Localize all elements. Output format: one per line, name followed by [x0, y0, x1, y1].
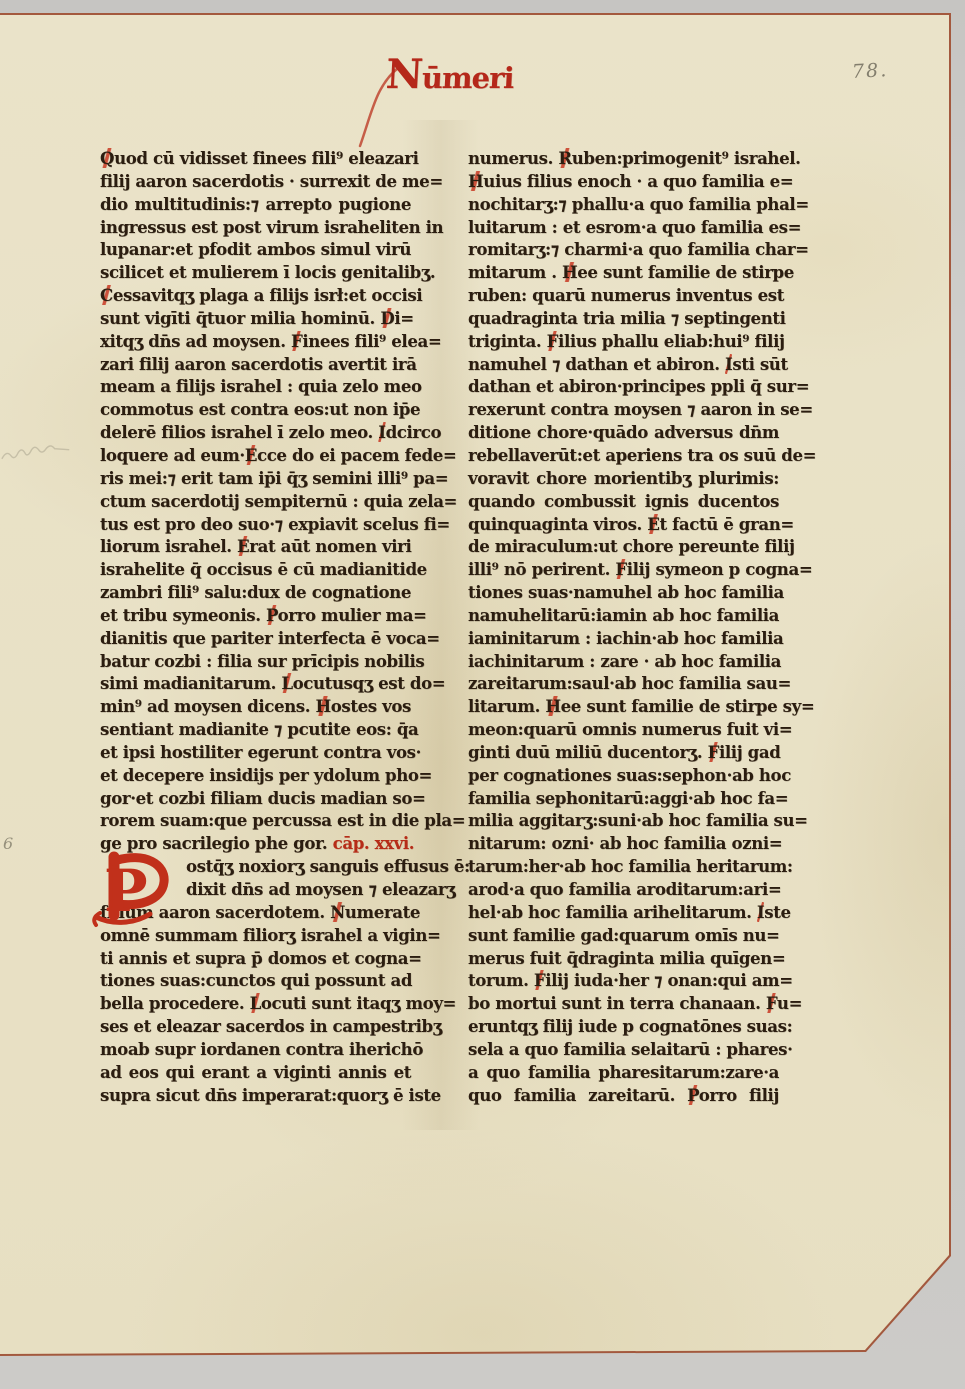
text-line: namuhel ⁊ dathan et abiron. Isti sūt [468, 353, 779, 376]
text-line: illi⁹ nō perirent. Filij symeon p cogna= [468, 558, 779, 581]
text-line: Huius filius enoch · a quo familia e= [468, 170, 779, 193]
text-line: simi madianitarum. Locutusqʒ est do= [100, 672, 411, 695]
text-line: dixit dn̄s ad moysen ⁊ eleazarʒ [100, 878, 411, 901]
text-line: arod·a quo familia aroditarum:ari= [468, 878, 779, 901]
rubricated-capital: E [237, 536, 249, 556]
rubricated-capital: F [547, 331, 558, 351]
text-line: quinquaginta viros. Et factū ē gran= [468, 513, 779, 536]
margin-pencil-number: 6 [3, 834, 13, 853]
text-line: filij aaron sacerdotis · surrexit de me= [100, 170, 411, 193]
vellum-page: Nūmeri 78. 6 P Quod cū vidisset finees f… [0, 0, 965, 1389]
chapter-rubric: cāp. xxvi. [333, 833, 415, 853]
text-line: supra sicut dn̄s imperarat:quorʒ ē iste [100, 1084, 411, 1107]
text-line: iaminitarum : iachin·ab hoc familia [468, 627, 779, 650]
text-line: commotus est contra eos:ut non ip̄e [100, 398, 411, 421]
text-line: tiones suas·namuhel ab hoc familia [468, 581, 779, 604]
text-line: Quod cū vidisset finees fili⁹ eleazari [100, 147, 411, 170]
rubricated-capital: L [281, 673, 292, 693]
text-line: et tribu symeonis. Porro mulier ma= [100, 604, 411, 627]
text-line: luitarum : et esrom·a quo familia es= [468, 216, 779, 239]
rubricated-capital: P [266, 605, 278, 625]
rubricated-capital: F [615, 559, 626, 579]
text-line: ginti duū miliū ducentorʒ. Filij gad [468, 741, 779, 764]
text-line: sentiant madianite ⁊ pcutite eos: q̄a [100, 718, 411, 741]
rubricated-capital: H [562, 262, 577, 282]
text-line: ruben: quarū numerus inventus est [468, 284, 779, 307]
text-line: mitarum . Hee sunt familie de stirpe [468, 261, 779, 284]
text-line: rebellaverūt:et aperiens tra os suū de= [468, 444, 779, 467]
text-line: tus est pro deo suo·⁊ expiavit scelus fi… [100, 513, 411, 536]
rubricated-capital: R [558, 148, 571, 168]
text-line: scilicet et mulierem ī locis genitalibʒ. [100, 261, 411, 284]
rubricated-capital: F [534, 970, 545, 990]
rubricated-capital: P [687, 1085, 699, 1105]
text-line: tarum:her·ab hoc familia heritarum: [468, 855, 779, 878]
text-line: ad eos qui erant a viginti annis et [100, 1061, 411, 1084]
rubricated-capital: E [245, 445, 257, 465]
text-line: zambri fili⁹ salu:dux de cognatione [100, 581, 411, 604]
text-line: min⁹ ad moysen dicens. Hostes vos [100, 695, 411, 718]
text-line: meon:quarū omnis numerus fuit vi= [468, 718, 779, 741]
text-line: liorum israhel. Erat aūt nomen viri [100, 535, 411, 558]
rubricated-capital: H [315, 696, 330, 716]
text-line: quo familia zareitarū. Porro filij [468, 1084, 779, 1107]
text-line: sunt vigīti q̄tuor milia hominū. Di= [100, 307, 411, 330]
manuscript-scan: { "page": { "header": { "title": "Nūmeri… [0, 0, 965, 1389]
rubricated-capital: I [757, 902, 764, 922]
text-line: israhelite q̄ occisus ē cū madianitide [100, 558, 411, 581]
text-line: de miraculum:ut chore pereunte filij [468, 535, 779, 558]
rubricated-capital: F [708, 742, 719, 762]
margin-pencil-scribble [0, 438, 73, 473]
rubricated-capital: E [647, 514, 659, 534]
text-line: triginta. Filius phallu eliab:hui⁹ filij [468, 330, 779, 353]
text-line: zari filij aaron sacerdotis avertit irā [100, 353, 411, 376]
rubricated-capital: I [378, 422, 385, 442]
text-line: nochitarʒ:⁊ phallu·a quo familia phal= [468, 193, 779, 216]
text-line: quando combussit ignis ducentos [468, 490, 779, 513]
text-line: hel·ab hoc familia arihelitarum. Iste [468, 901, 779, 924]
text-line: eruntqʒ filij iude p cognatōnes suas: [468, 1015, 779, 1038]
text-line: ingressus est post virum israheliten in [100, 216, 411, 239]
text-line: per cognationes suas:sephon·ab hoc [468, 764, 779, 787]
text-line: quadraginta tria milia ⁊ septingenti [468, 307, 779, 330]
text-line: voravit chore morientibʒ plurimis: [468, 467, 779, 490]
text-line: moab supr iordanen contra iherichō [100, 1038, 411, 1061]
text-line: filium aaron sacerdotem. Numerate [100, 901, 411, 924]
text-line: meam a filijs israhel : quia zelo meo [100, 375, 411, 398]
rubricated-capital: D [380, 308, 394, 328]
text-line: numerus. Ruben:primogenit⁹ israhel. [468, 147, 779, 170]
text-line: ses et eleazar sacerdos in campestribʒ [100, 1015, 411, 1038]
text-line: romitarʒ:⁊ charmi·a quo familia char= [468, 238, 779, 261]
text-line: a quo familia pharesitarum:zare·a [468, 1061, 779, 1084]
text-line: ris mei:⁊ erit tam ip̄i q̄ʒ semini illi⁹… [100, 467, 411, 490]
text-line: rorem suam:que percussa est in die pla= [100, 809, 411, 832]
folio-number: 78. [851, 59, 888, 83]
text-column-right: numerus. Ruben:primogenit⁹ israhel.Huius… [468, 147, 779, 1106]
text-line: bo mortui sunt in terra chanaan. Fu= [468, 992, 779, 1015]
text-line: merus fuit q̄draginta milia quīgen= [468, 947, 779, 970]
text-line: dianitis que pariter interfecta ē voca= [100, 627, 411, 650]
text-line: dathan et abiron·principes ppli q̄ sur= [468, 375, 779, 398]
text-line: ostq̄ʒ noxiorʒ sanguis effusus ē: [100, 855, 411, 878]
text-line: iachinitarum : zare · ab hoc familia [468, 650, 779, 673]
rubricated-capital: H [468, 171, 483, 191]
rubricated-capital: C [100, 285, 113, 305]
rubricated-capital: Q [100, 148, 114, 168]
rubricated-capital: L [250, 993, 261, 1013]
text-line: familia sephonitarū:aggi·ab hoc fa= [468, 787, 779, 810]
rubricated-capital: F [291, 331, 302, 351]
text-line: bella procedere. Locuti sunt itaqʒ moy= [100, 992, 411, 1015]
rubricated-capital: H [545, 696, 560, 716]
text-line: et ipsi hostiliter egerunt contra vos· [100, 741, 411, 764]
text-line: ge pro sacrilegio phe gor. cāp. xxvi. [100, 832, 411, 855]
rubricated-capital: I [725, 354, 732, 374]
text-column-left: P Quod cū vidisset finees fili⁹ eleazari… [100, 147, 411, 1106]
text-line: dio multitudinis:⁊ arrepto pugione [100, 193, 411, 216]
text-line: rexerunt contra moysen ⁊ aaron in se= [468, 398, 779, 421]
text-line: nitarum: ozni· ab hoc familia ozni= [468, 832, 779, 855]
text-line: omnē summam filiorʒ israhel a vigin= [100, 924, 411, 947]
text-line: ditione chore·quādo adversus dn̄m [468, 421, 779, 444]
text-line: litarum. Hee sunt familie de stirpe sy= [468, 695, 779, 718]
text-line: et decepere insidijs per ydolum pho= [100, 764, 411, 787]
text-line: namuhelitarū:iamin ab hoc familia [468, 604, 779, 627]
text-line: ctum sacerdotij sempiternū : quia zela= [100, 490, 411, 513]
running-header-book-title: Nūmeri [385, 50, 515, 98]
text-line: loquere ad eum·Ecce do ei pacem fede= [100, 444, 411, 467]
text-line: Cessavitqʒ plaga a filijs isrł:et occisi [100, 284, 411, 307]
rubricated-capital: F [766, 993, 777, 1013]
text-line: ti annis et supra p̄ domos et cogna= [100, 947, 411, 970]
text-line: delerē filios israhel ī zelo meo. Idcirc… [100, 421, 411, 444]
text-line: milia aggitarʒ:suni·ab hoc familia su= [468, 809, 779, 832]
text-line: xitqʒ dn̄s ad moysen. Finees fili⁹ elea= [100, 330, 411, 353]
text-line: tiones suas:cunctos qui possunt ad [100, 969, 411, 992]
text-line: batur cozbi : filia sur prīcipis nobilis [100, 650, 411, 673]
text-line: sela a quo familia selaitarū : phares· [468, 1038, 779, 1061]
text-line: torum. Filij iuda·her ⁊ onan:qui am= [468, 969, 779, 992]
text-line: zareitarum:saul·ab hoc familia sau= [468, 672, 779, 695]
text-line: gor·et cozbi filiam ducis madian so= [100, 787, 411, 810]
text-line: sunt familie gad:quarum omīs nu= [468, 924, 779, 947]
text-line: lupanar:et pfodit ambos simul virū [100, 238, 411, 261]
rubricated-capital: N [330, 902, 345, 922]
